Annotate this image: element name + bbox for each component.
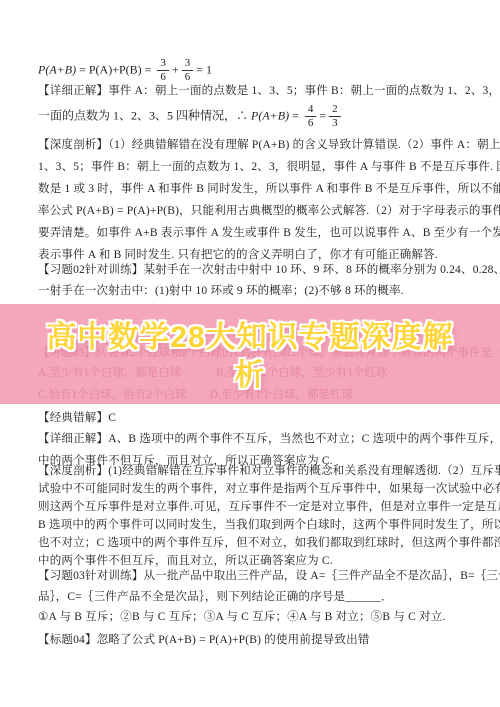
answer-prefix: 一面的点数为 1、2、3、5 四种情况，∴ [38,108,251,122]
fraction-numerator: 3 [157,58,169,71]
text-line: 要弄清楚。如事件 A+B 表示事件 A 发生或事件 B 发生，也可以说事件 A、… [38,222,480,244]
text-line: B 选项中的两个事件可以同时发生，当我们取到两个白球时，这两个事件同时发生了，所… [38,516,480,534]
text-line: ①A 与 B 互斥；②B 与 C 互斥；③A 与 C 互斥；④A 与 B 对立；… [38,606,480,628]
banner-title-line2: 析 [0,350,500,394]
fraction-numerator: 3 [182,58,194,71]
plus-sign: + [172,62,179,76]
text-line: 【习题03针对训练】从一批产品中取出三件产品，设 A=｛三件产品全不是次品｝，B… [38,566,480,587]
section-deep-analysis-2: 【深度剖析】(1)经典错解错在互斥事件和对立事件的概念和关系没有理解透彻.（2）… [38,462,480,570]
fraction-4-6: 46 [305,104,317,129]
text-line: 【深度剖析】(1)经典错解错在互斥事件和对立事件的概念和关系没有理解透彻.（2）… [38,462,480,480]
fraction-2-3: 23 [329,104,341,129]
formula-lhs-rest: = P(A)+P(B) = [76,62,154,76]
text-line: 【习题02针对训练】某射手在一次射击中射中 10 环、9 环、8 环的概率分别为… [38,260,480,281]
text-line: 【详细正解】事件 A：朝上一面的点数是 1、3、5；事件 B：朝上一面的点数为 … [38,80,480,102]
text-line: 率公式 P(A+B) = P(A)+P(B)，只能利用古典概型的概率公式解答.（… [38,200,480,222]
formula-result: = 1 [196,62,212,76]
text-line: 一射手在一次射击中：(1)射中 10 环或 9 环的概率；(2)不够 8 环的概… [38,281,480,302]
promo-banner-overlay: 【习题03】从装有2个红球和2个白球的口袋内任取2个球，那么互斥而不对立的两个事… [0,304,500,404]
formula-pab-italic: P(A+B) [251,108,289,122]
text-line: 【经典错解】C [38,407,480,429]
text-line: 1、3、5；事件 B：朝上一面的点数为 1、2、3，很明显，事件 A 与事件 B… [38,156,480,178]
fraction-denominator: 3 [332,117,338,129]
text-line: 也不对立；C 选项中的两个事件互斥，但不对立，如我们都取到红球时，但这两个事件都… [38,534,480,552]
text-line: 【详细正解】A、B 选项中的两个事件不互斥，当然也不对立；C 选项中的两个事件互… [38,428,480,450]
section-title-04: 【标题04】忽略了公式 P(A+B) = P(A)+P(B) 的使用前提导致出错 [38,629,480,651]
section-detailed-solution-1: 【详细正解】事件 A：朝上一面的点数是 1、3、5；事件 B：朝上一面的点数为 … [38,80,480,102]
formula-answer-line: 一面的点数为 1、2、3、5 四种情况，∴ P(A+B) = 46=23 [38,104,480,129]
formula-lhs-italic: P(A+B) [38,62,76,76]
conclusion-options-line: ①A 与 B 互斥；②B 与 C 互斥；③A 与 C 互斥；④A 与 B 对立；… [38,606,480,628]
fraction-numerator: 4 [305,104,317,117]
fraction-numerator: 2 [329,104,341,117]
text-line: 则这两个互斥事件是对立事件.可见，互斥事件不一定是对立事件，但是对立事件一定是互… [38,498,480,516]
fraction-denominator: 6 [308,117,314,129]
section-exercise-02: 【习题02针对训练】某射手在一次射击中射中 10 环、9 环、8 环的概率分别为… [38,260,480,302]
text-line: 品｝，C=｛三件产品不全是次品｝，则下列结论正确的序号是______． [38,587,480,608]
text-line: 【深度剖析】（1）经典错解错在没有理解 P(A+B) 的含义导致计算错误.（2）… [38,134,480,156]
equals-sign-2: = [319,108,326,122]
text-line: 数是 1 或 3 时，事件 A 和事件 B 同时发生，所以事件 A 和事件 B … [38,178,480,200]
section-classic-wrong-answer: 【经典错解】C [38,407,480,429]
section-deep-analysis-1: 【深度剖析】（1）经典错解错在没有理解 P(A+B) 的含义导致计算错误.（2）… [38,134,480,266]
equals-sign: = [289,108,302,122]
text-line: 试验中不可能同时发生的两个事件，对立事件是指两个互斥事件中，如果每一次试验中必有… [38,480,480,498]
text-line: 【标题04】忽略了公式 P(A+B) = P(A)+P(B) 的使用前提导致出错 [38,629,480,651]
document-page: P(A+B) = P(A)+P(B) = 36+36= 1 【详细正解】事件 A… [0,0,500,707]
section-exercise-03: 【习题03针对训练】从一批产品中取出三件产品，设 A=｛三件产品全不是次品｝，B… [38,566,480,608]
